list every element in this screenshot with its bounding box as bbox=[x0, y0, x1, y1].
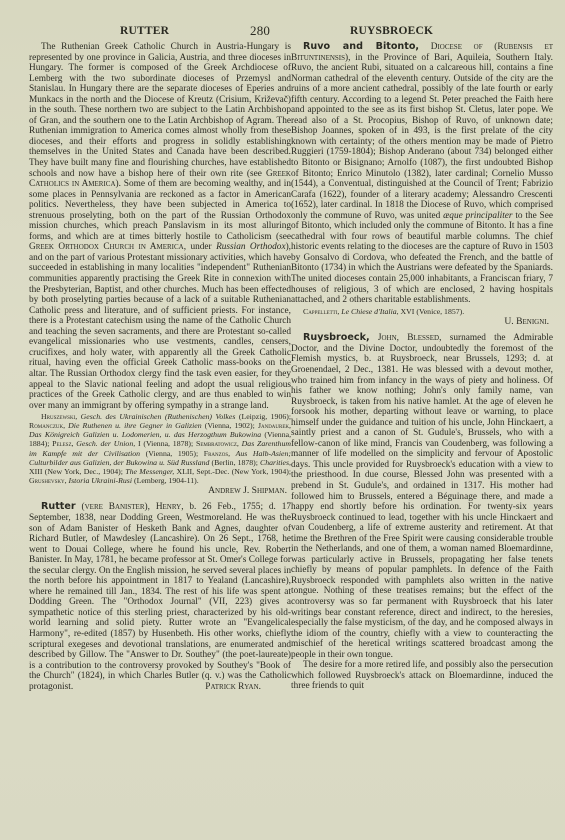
article-body: The Ruthenian Greek Catholic Church in A… bbox=[29, 42, 291, 411]
running-head-right: RUYSBROECK bbox=[350, 25, 433, 37]
article-ruthenian-continuation: The Ruthenian Greek Catholic Church in A… bbox=[29, 42, 291, 496]
author-signature: Andrew J. Shipman. bbox=[29, 486, 287, 497]
author-signature: U. Benigni. bbox=[291, 317, 549, 328]
article-ruysbroeck: Ruysbroeck, John, Blessed, surnamed the … bbox=[291, 333, 553, 692]
article-body: The desire for a more retired life, and … bbox=[291, 660, 553, 692]
bibliography: Hruszewski, Gesch. des Ukrainischen (Rut… bbox=[29, 412, 291, 485]
encyclopedia-page: RUTTER 280 RUYSBROECK The Ruthenian Gree… bbox=[0, 0, 565, 840]
article-headword: Ruvo and Bitonto, bbox=[303, 41, 419, 52]
article-rutter: Rutter (vere Banister), Henry, b. 26 Feb… bbox=[29, 502, 291, 692]
cross-reference-link[interactable]: Greek Orthodox Church in America bbox=[29, 242, 184, 252]
running-head-left: RUTTER bbox=[120, 25, 169, 37]
article-ruvo-and-bitonto: Ruvo and Bitonto, Diocese of (Rubensis e… bbox=[291, 42, 553, 327]
article-body: Rutter (vere Banister), Henry, b. 26 Feb… bbox=[29, 502, 291, 692]
bibliography: Cappelletti, Le Chiese d'Italia, XVI (Ve… bbox=[291, 307, 553, 316]
article-headword: Rutter bbox=[41, 501, 76, 512]
running-head: RUTTER 280 RUYSBROECK bbox=[0, 24, 565, 40]
article-body: Ruvo and Bitonto, Diocese of (Rubensis e… bbox=[291, 42, 553, 306]
right-column: Ruvo and Bitonto, Diocese of (Rubensis e… bbox=[291, 42, 553, 692]
article-body: Ruysbroeck, John, Blessed, surnamed the … bbox=[291, 333, 553, 660]
page-number: 280 bbox=[250, 23, 270, 39]
left-column: The Ruthenian Greek Catholic Church in A… bbox=[29, 42, 291, 692]
author-signature: Patrick Ryan. bbox=[193, 682, 261, 693]
article-headword: Ruysbroeck, bbox=[303, 332, 370, 343]
